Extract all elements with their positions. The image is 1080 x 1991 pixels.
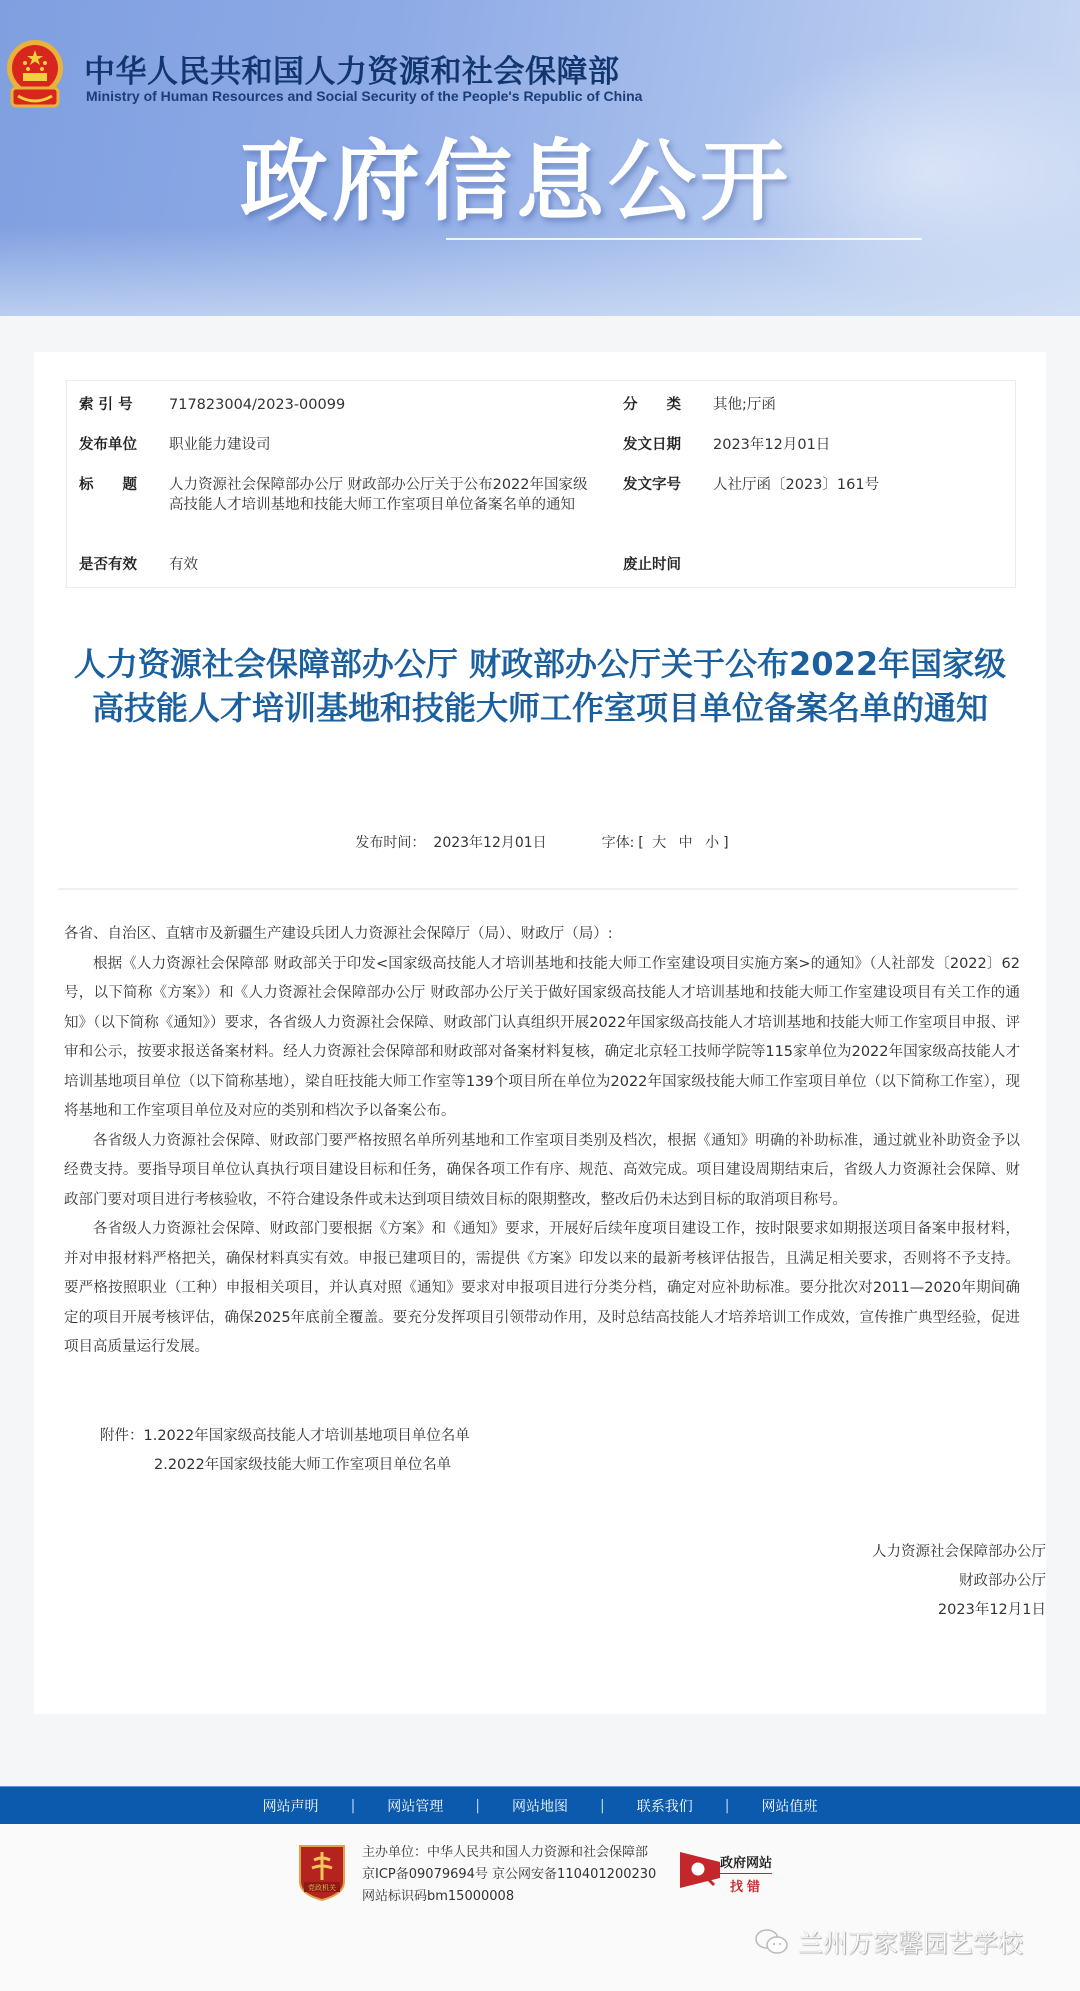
body-paragraph: 根据《人力资源社会保障部 财政部关于印发<国家级高技能人才培训基地和技能大师工作… — [64, 950, 1020, 1127]
meta-value: 其他;厅函 — [713, 395, 776, 415]
footer-link-contact[interactable]: 联系我们 — [637, 1796, 693, 1816]
national-emblem-icon — [4, 36, 66, 112]
wechat-watermark: 兰州万家馨园艺学校 — [754, 1924, 1023, 1960]
sponsor-text: 主办单位：中华人民共和国人力资源和社会保障部 — [362, 1842, 656, 1864]
title-divider — [58, 888, 1018, 890]
footer-link-statement[interactable]: 网站声明 — [263, 1796, 319, 1816]
footer-info: 主办单位：中华人民共和国人力资源和社会保障部 京ICP备09079694号 京公… — [362, 1842, 656, 1908]
attachment-link[interactable]: 2.2022年国家级技能大师工作室项目单位名单 — [154, 1457, 451, 1473]
footer-nav: 网站声明 | 网站管理 | 网站地图 | 联系我们 | 网站值班 — [0, 1786, 1080, 1824]
signature-issuer: 财政部办公厅 — [646, 1567, 1046, 1596]
nav-separator: | — [725, 1798, 730, 1814]
footer: 党政机关 主办单位：中华人民共和国人力资源和社会保障部 京ICP备0907969… — [0, 1824, 1080, 1991]
meta-label: 是否有效 — [79, 555, 137, 575]
magnifier-icon — [680, 1848, 720, 1892]
signature-issuer: 人力资源社会保障部办公厅 — [646, 1538, 1046, 1567]
document-body: 各省、自治区、直辖市及新疆生产建设兵团人力资源社会保障厅（局）、财政厅（局）: … — [64, 920, 1020, 1363]
footer-link-duty[interactable]: 网站值班 — [761, 1796, 817, 1816]
meta-value: 人力资源社会保障部办公厅 财政部办公厅关于公布2022年国家级高技能人才培训基地… — [169, 475, 599, 515]
header-banner: 中华人民共和国人力资源和社会保障部 Ministry of Human Reso… — [0, 0, 1080, 316]
body-paragraph: 各省级人力资源社会保障、财政部门要根据《方案》和《通知》要求，开展好后续年度项目… — [64, 1215, 1020, 1363]
meta-label: 索 引 号 — [79, 395, 133, 415]
attachments: 附件：1.2022年国家级高技能人才培训基地项目单位名单 2.2022年国家级技… — [100, 1422, 470, 1480]
watermark-text: 兰州万家馨园艺学校 — [798, 1924, 1023, 1960]
meta-label: 发布单位 — [79, 435, 137, 455]
publish-time-value: 2023年12月01日 — [433, 835, 546, 851]
body-paragraph: 各省级人力资源社会保障、财政部门要严格按照名单所列基地和工作室项目类别及档次，根… — [64, 1127, 1020, 1216]
meta-label: 废止时间 — [623, 555, 681, 575]
wechat-icon — [754, 1927, 790, 1957]
meta-label: 发文字号 — [623, 475, 681, 495]
nav-separator: | — [351, 1798, 356, 1814]
metadata-table: 索 引 号 717823004/2023-00099 发布单位 职业能力建设司 … — [66, 380, 1016, 588]
attachments-label: 附件： — [100, 1428, 144, 1444]
meta-label: 发文日期 — [623, 435, 681, 455]
meta-label: 分 类 — [623, 395, 681, 415]
ministry-name-en: Ministry of Human Resources and Social S… — [86, 88, 642, 104]
ministry-name-cn: 中华人民共和国人力资源和社会保障部 — [84, 46, 620, 91]
nav-separator: | — [475, 1798, 480, 1814]
footer-link-sitemap[interactable]: 网站地图 — [512, 1796, 568, 1816]
meta-value: 2023年12月01日 — [713, 435, 830, 455]
svg-text:党政机关: 党政机关 — [308, 1883, 336, 1892]
content-card: 索 引 号 717823004/2023-00099 发布单位 职业能力建设司 … — [34, 352, 1046, 1714]
icp-text[interactable]: 京ICP备09079694号 京公网安备110401200230 — [362, 1864, 656, 1886]
meta-value: 有效 — [169, 555, 198, 575]
signature-date: 2023年12月1日 — [646, 1596, 1046, 1625]
banner-underline — [446, 238, 922, 240]
publish-time-label: 发布时间： — [355, 835, 425, 851]
party-government-badge-icon[interactable]: 党政机关 — [296, 1842, 348, 1902]
addressee: 各省、自治区、直辖市及新疆生产建设兵团人力资源社会保障厅（局）、财政厅（局）: — [64, 920, 1020, 950]
nav-separator: | — [600, 1798, 605, 1814]
font-size-small-button[interactable]: 小 — [705, 835, 719, 851]
font-size-label: 字体: — [602, 835, 635, 851]
font-size-large-button[interactable]: 大 — [652, 835, 666, 851]
footer-link-management[interactable]: 网站管理 — [387, 1796, 443, 1816]
site-code-text: 网站标识码bm15000008 — [362, 1886, 656, 1908]
meta-value: 717823004/2023-00099 — [169, 395, 345, 415]
signature-block: 人力资源社会保障部办公厅 财政部办公厅 2023年12月1日 — [646, 1538, 1046, 1625]
gov-site-findbug-link[interactable]: 政府网站 找错 — [680, 1848, 780, 1898]
findbug-line2: 找错 — [730, 1876, 764, 1895]
meta-label: 标 题 — [79, 475, 137, 495]
meta-value: 职业能力建设司 — [169, 435, 271, 455]
banner-title: 政府信息公开 — [240, 112, 792, 238]
findbug-line1: 政府网站 — [720, 1852, 772, 1874]
font-size-medium-button[interactable]: 中 — [679, 835, 693, 851]
meta-value: 人社厅函〔2023〕161号 — [713, 475, 879, 495]
publish-info: 发布时间：2023年12月01日 字体:[ 大 中 小] — [34, 832, 1046, 852]
attachment-link[interactable]: 1.2022年国家级高技能人才培训基地项目单位名单 — [144, 1428, 470, 1444]
document-title: 人力资源社会保障部办公厅 财政部办公厅关于公布2022年国家级高技能人才培训基地… — [34, 642, 1046, 730]
